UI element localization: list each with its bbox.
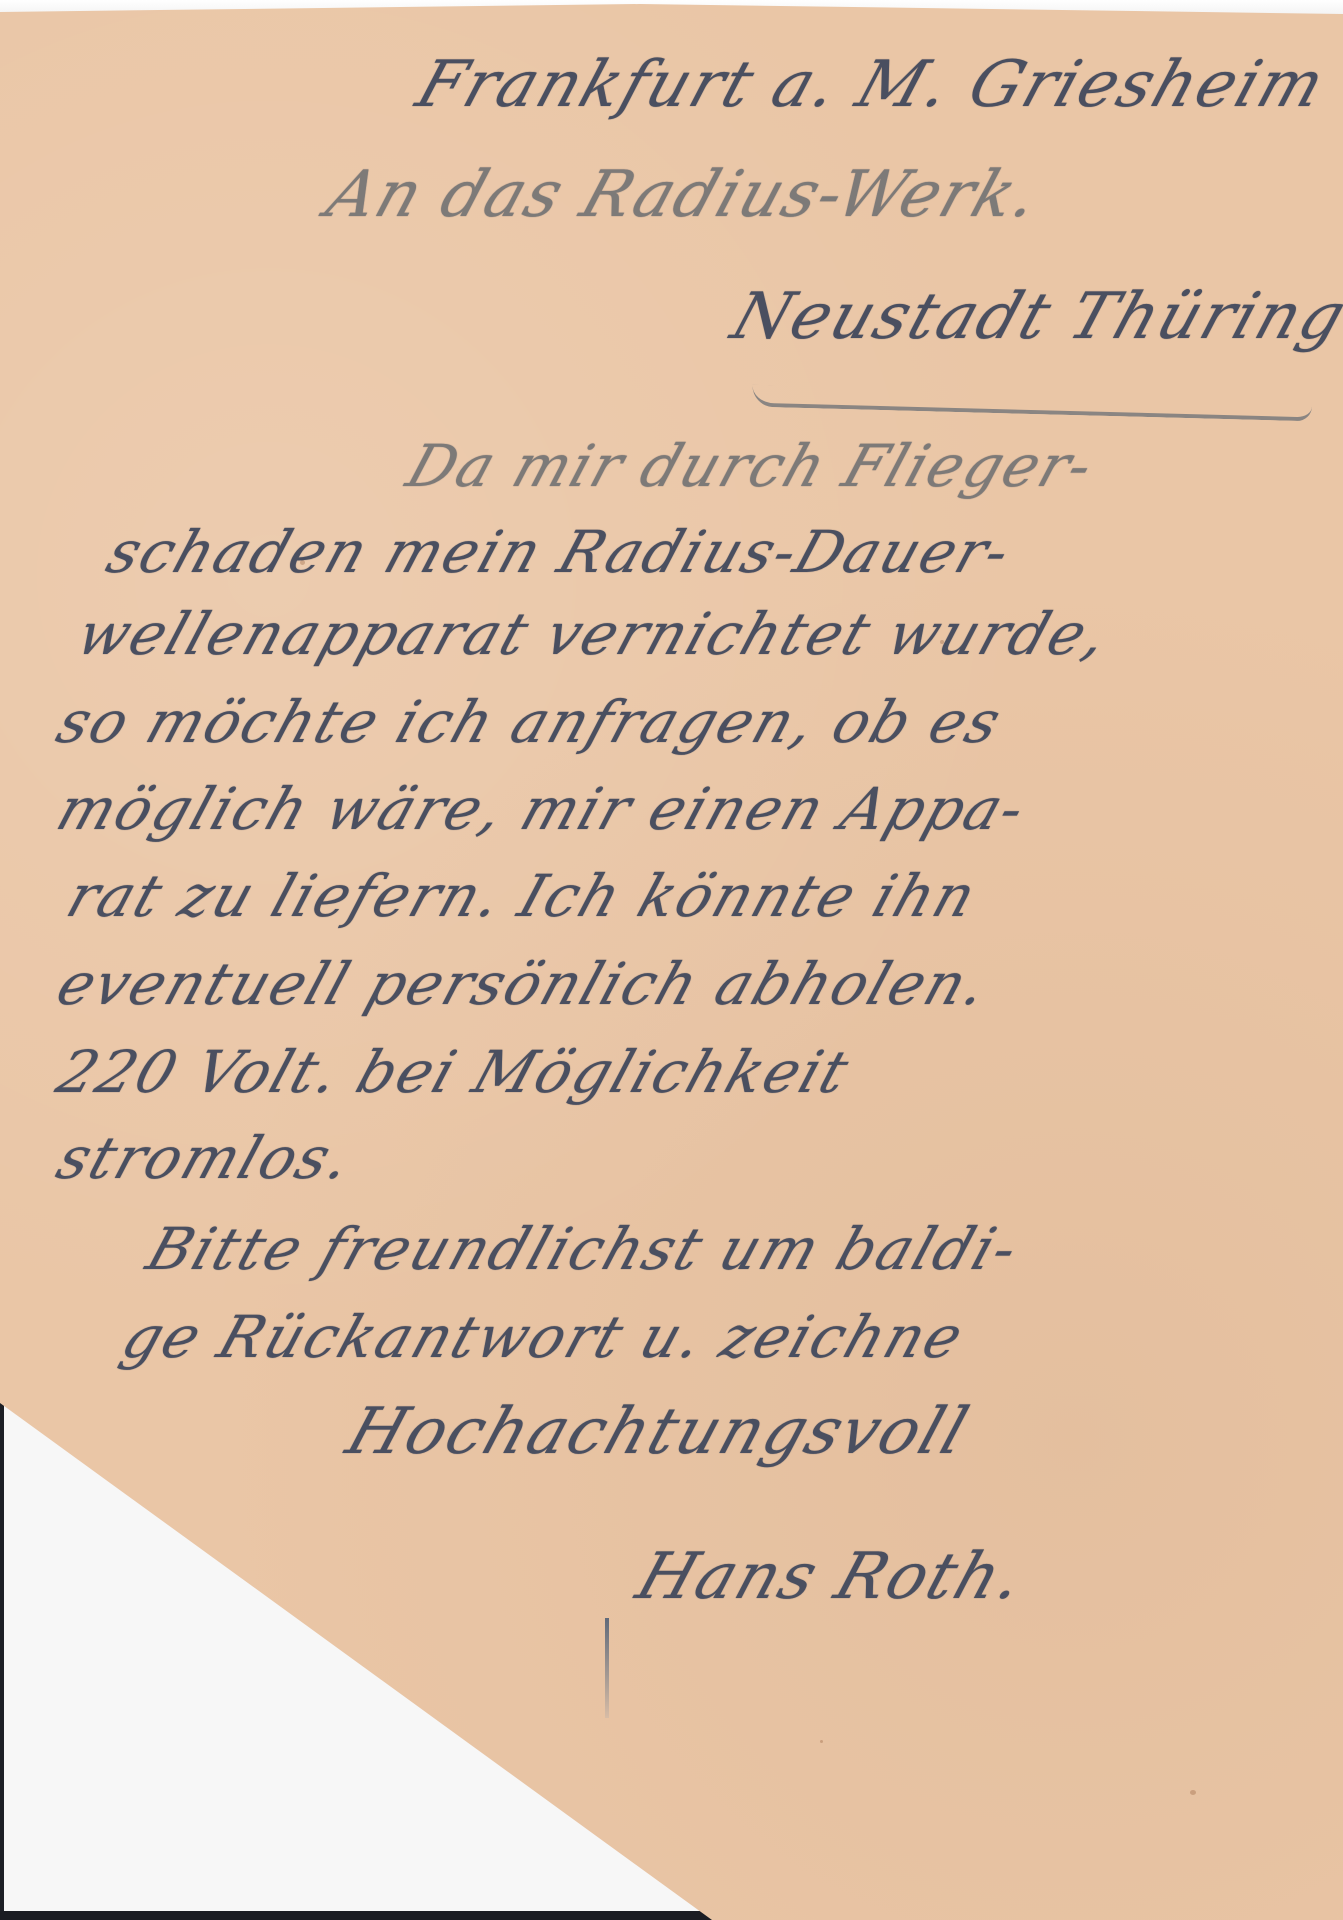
address-underline [752, 385, 1312, 422]
signature-ink-drip [605, 1618, 609, 1718]
scan-left-edge [0, 1400, 4, 1920]
recipient-name: An das Radius-Werk. [318, 158, 1050, 232]
body-line-11: ge Rückantwort u. zeichne [114, 1303, 973, 1371]
letter-paper: Frankfurt a. M. Griesheim An das Radius-… [0, 0, 1343, 1920]
body-line-4: so möchte ich anfragen, ob es [49, 688, 1011, 756]
signature: Hans Roth. [628, 1540, 1034, 1614]
recipient-place: Neustadt Thüring. [723, 280, 1343, 354]
body-line-9: stromlos. [49, 1124, 361, 1192]
body-line-2: schaden mein Radius-Dauer- [99, 518, 1020, 586]
body-line-10: Bitte freundlichst um baldi- [139, 1215, 1028, 1283]
paper-speck [1190, 1790, 1196, 1795]
body-line-1: Da mir durch Flieger- [399, 432, 1103, 500]
body-line-5: möglich wäre, mir einen Appa- [49, 775, 1035, 843]
body-line-6: rat zu liefern. Ich könnte ihn [59, 862, 986, 930]
sender-place: Frankfurt a. M. Griesheim [408, 48, 1335, 122]
body-line-8: 220 Volt. bei Möglichkeit [49, 1038, 859, 1106]
body-line-3: wellenapparat vernichtet wurde, [69, 600, 1118, 668]
closing-salutation: Hochachtungsvoll [338, 1395, 978, 1469]
body-line-7: eventuell persönlich abholen. [49, 950, 998, 1018]
scan-bottom-edge [0, 1911, 720, 1920]
paper-speck [820, 1740, 823, 1743]
